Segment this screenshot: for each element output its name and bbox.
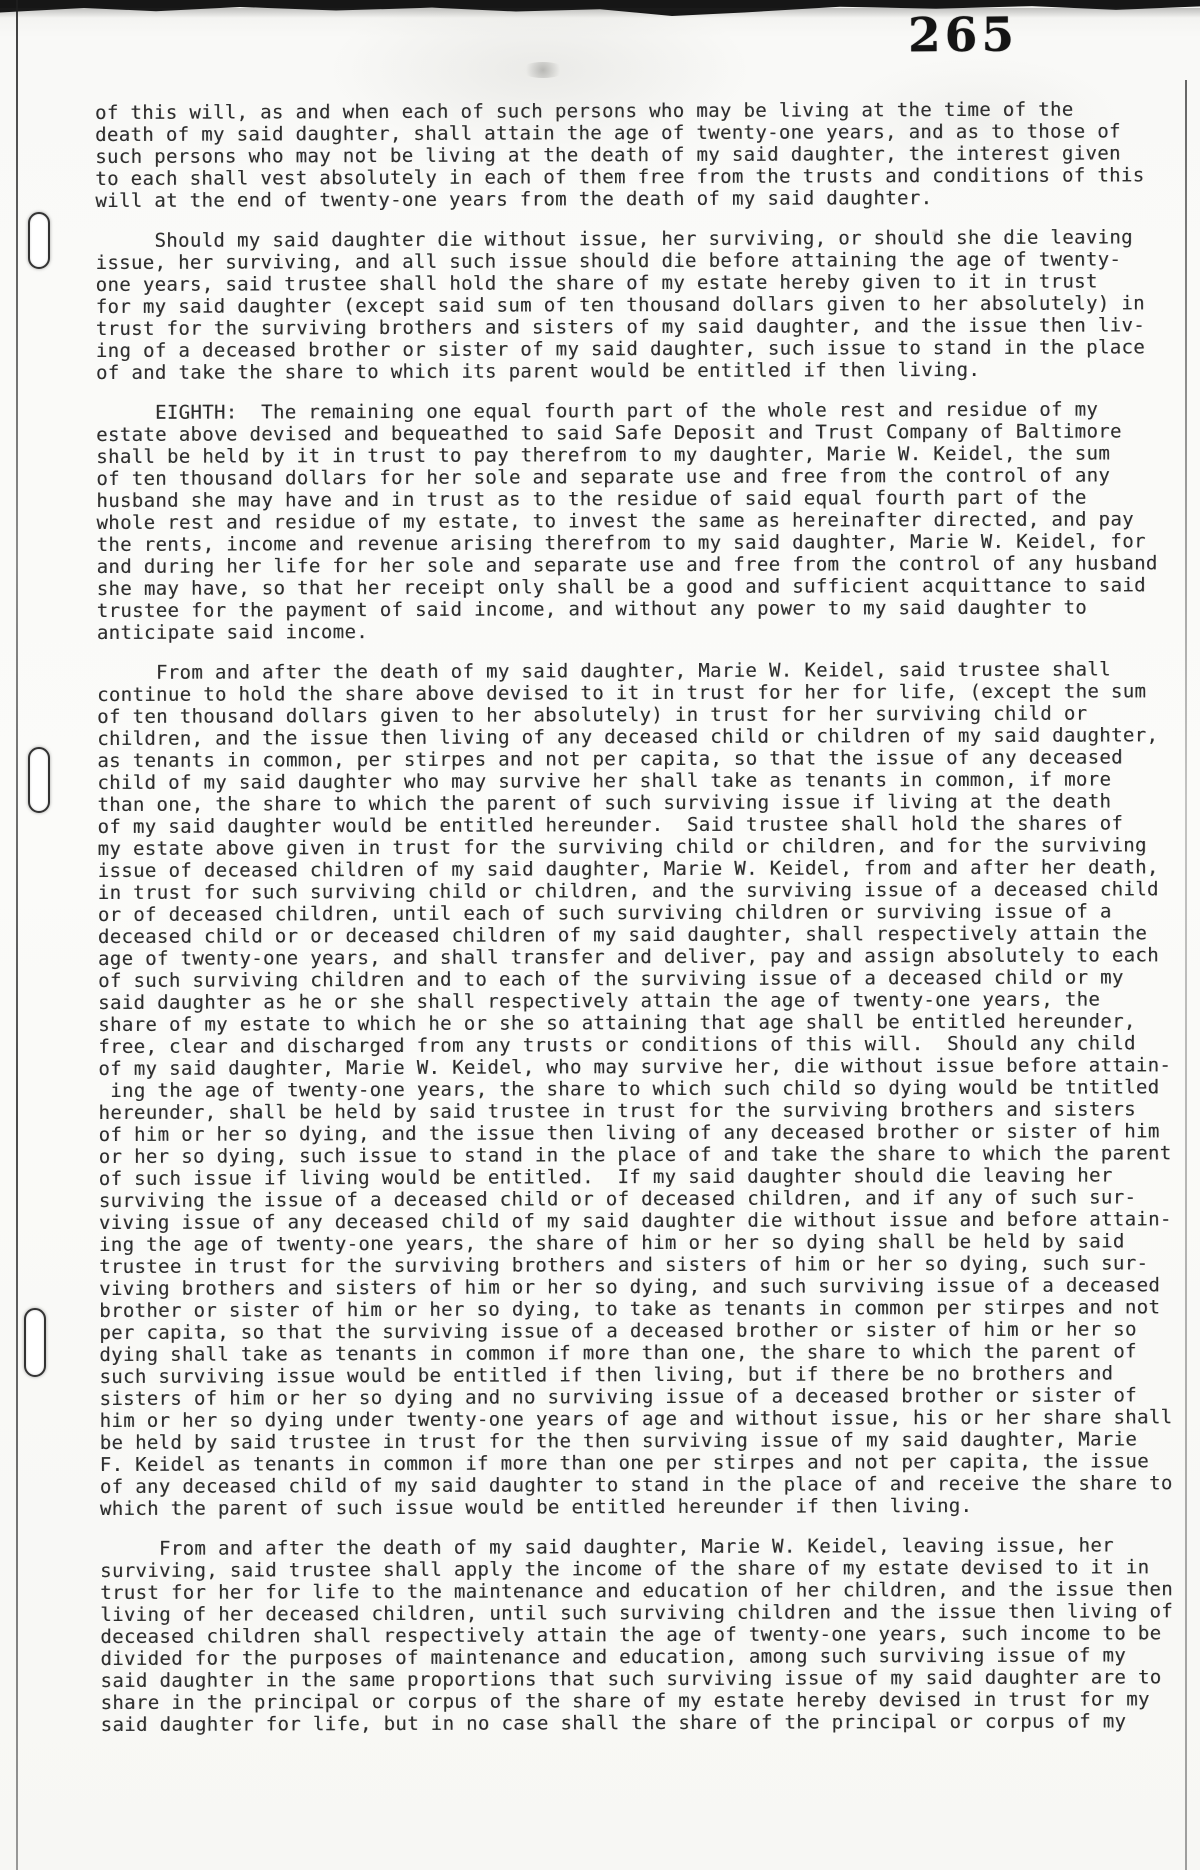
punch-hole-top — [28, 212, 50, 269]
paragraph-income-maintenance-education: From and after the death of my said daug… — [100, 1534, 1193, 1736]
paragraph-should-daughter-die: Should my said daughter die without issu… — [95, 226, 1188, 384]
paragraph-continuation: of this will, as and when each of such p… — [95, 98, 1187, 212]
punch-hole-bottom — [24, 1308, 46, 1377]
scan-left-edge-line — [16, 0, 18, 1870]
scan-smudge — [520, 62, 566, 78]
paragraph-eighth-clause: EIGHTH: The remaining one equal fourth p… — [96, 398, 1189, 644]
document-text: of this will, as and when each of such p… — [95, 98, 1193, 1754]
scanned-will-page: 265 of this will, as and when each of su… — [0, 0, 1200, 1870]
page-number: 265 — [908, 8, 1018, 64]
paragraph-after-death-trust-terms: From and after the death of my said daug… — [97, 658, 1192, 1520]
punch-hole-middle — [28, 747, 50, 813]
scan-top-edge-shadow — [0, 8, 1200, 18]
